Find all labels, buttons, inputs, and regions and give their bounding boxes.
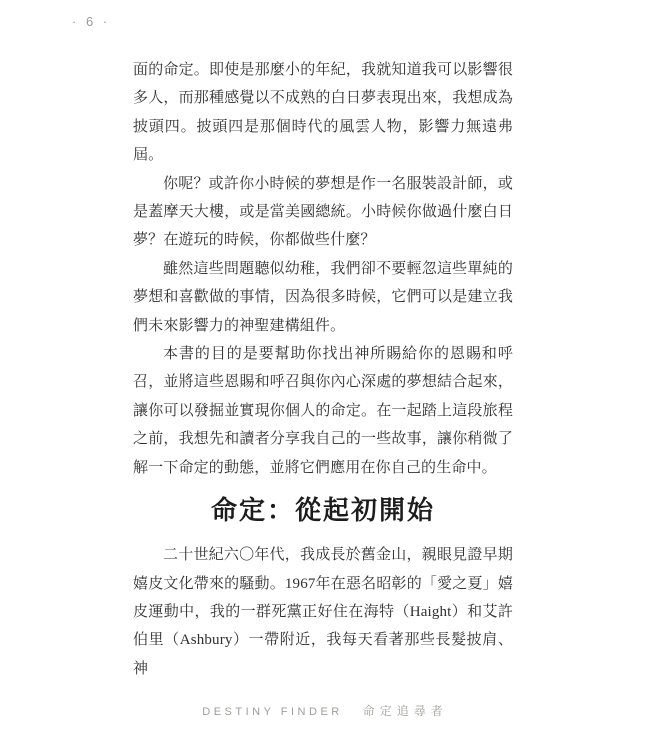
- body-paragraph: 二十世紀六〇年代，我成長於舊金山，親眼見證早期嬉皮文化帶來的騷動。1967年在惡…: [133, 541, 513, 683]
- body-paragraph: 面的命定。即使是那麼小的年紀，我就知道我可以影響很多人，而那種感覺以不成熟的白日…: [133, 56, 513, 170]
- running-footer: DESTINY FINDER 命定追尋者: [0, 702, 650, 720]
- page-number: · 6 ·: [72, 14, 110, 29]
- body-paragraph: 你呢？或許你小時候的夢想是作一名服裝設計師，或是蓋摩天大樓，或是當美國總統。小時…: [133, 170, 513, 255]
- footer-book-title-english: DESTINY FINDER: [202, 706, 342, 718]
- body-paragraph: 雖然這些問題聽似幼稚，我們卻不要輕忽這些單純的夢想和喜歡做的事情，因為很多時候，…: [133, 255, 513, 340]
- body-paragraph: 本書的目的是要幫助你找出神所賜給你的恩賜和呼召，並將這些恩賜和呼召與你內心深處的…: [133, 340, 513, 482]
- book-page: · 6 · 面的命定。即使是那麼小的年紀，我就知道我可以影響很多人，而那種感覺以…: [0, 0, 650, 750]
- text-block: 面的命定。即使是那麼小的年紀，我就知道我可以影響很多人，而那種感覺以不成熟的白日…: [133, 56, 513, 683]
- section-heading: 命定：從起初開始: [133, 495, 513, 527]
- footer-book-title-chinese: 命定追尋者: [363, 704, 448, 718]
